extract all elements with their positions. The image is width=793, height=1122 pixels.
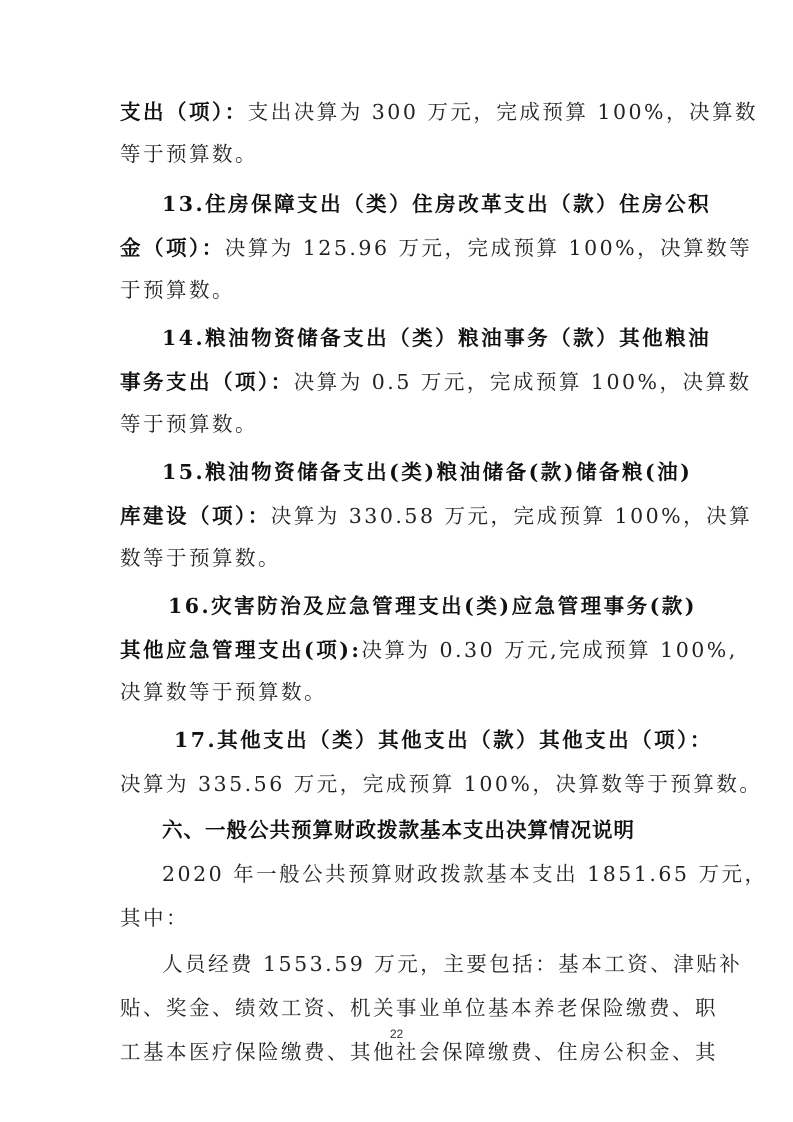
- text-line: 金（项）：决算为 125.96 万元，完成预算 100%，决算数等: [120, 234, 674, 262]
- regular-text: 数等于预算数。: [120, 546, 281, 570]
- regular-text: 决算为 0.30 万元,完成预算 100%,: [361, 638, 737, 662]
- bold-text: 17.其他支出（类）其他支出（款）其他支出（项）：: [174, 728, 713, 752]
- bold-text: 13.住房保障支出（类）住房改革支出（款）住房公积: [162, 192, 711, 216]
- regular-text: 贴、奖金、绩效工资、机关事业单位基本养老保险缴费、职: [120, 996, 718, 1020]
- regular-text: 其中：: [120, 906, 189, 930]
- text-line: 其中：: [120, 904, 674, 932]
- bold-text: 14.粮油物资储备支出（类）粮油事务（款）其他粮油: [162, 326, 711, 350]
- text-line: 等于预算数。: [120, 140, 674, 168]
- item-14-title: 14.粮油物资储备支出（类）粮油事务（款）其他粮油: [162, 324, 674, 352]
- text-line: 于预算数。: [120, 276, 674, 304]
- item-13-title: 13.住房保障支出（类）住房改革支出（款）住房公积: [162, 190, 674, 218]
- bold-text: 金（项）：: [120, 236, 225, 260]
- text-line: 支出（项）：支出决算为 300 万元，完成预算 100%，决算数: [120, 98, 674, 126]
- regular-text: 等于预算数。: [120, 142, 258, 166]
- item-16-title: 16.灾害防治及应急管理支出(类)应急管理事务(款): [168, 592, 674, 620]
- bold-text: 支出（项）：: [120, 100, 248, 124]
- bold-text: 库建设（项）：: [120, 504, 271, 528]
- text-line: 工基本医疗保险缴费、其他社会保障缴费、住房公积金、其: [120, 1038, 674, 1066]
- text-line: 其他应急管理支出(项):决算为 0.30 万元,完成预算 100%,: [120, 636, 674, 664]
- regular-text: 决算为 335.56 万元，完成预算 100%，决算数等于预算数。: [120, 772, 762, 796]
- regular-text: 决算为 330.58 万元，完成预算 100%，决算: [271, 504, 752, 528]
- regular-text: 2020 年一般公共预算财政拨款基本支出 1851.65 万元，: [162, 862, 768, 886]
- text-line: 2020 年一般公共预算财政拨款基本支出 1851.65 万元，: [162, 860, 674, 888]
- bold-text: 15.粮油物资储备支出(类)粮油储备(款)储备粮(油): [162, 460, 692, 484]
- text-line: 人员经费 1553.59 万元，主要包括：基本工资、津贴补: [162, 950, 674, 978]
- regular-text: 支出决算为 300 万元，完成预算 100%，决算数: [248, 100, 758, 124]
- regular-text: 决算为 0.5 万元，完成预算 100%，决算数: [294, 370, 752, 394]
- page-number: 22: [0, 1027, 793, 1041]
- item-17-title: 17.其他支出（类）其他支出（款）其他支出（项）：: [174, 726, 674, 754]
- text-line: 决算数等于预算数。: [120, 678, 674, 706]
- regular-text: 决算数等于预算数。: [120, 680, 327, 704]
- bold-text: 其他应急管理支出(项):: [120, 638, 361, 662]
- text-line: 贴、奖金、绩效工资、机关事业单位基本养老保险缴费、职: [120, 994, 674, 1022]
- text-line: 决算为 335.56 万元，完成预算 100%，决算数等于预算数。: [120, 770, 674, 798]
- text-line: 库建设（项）：决算为 330.58 万元，完成预算 100%，决算: [120, 502, 674, 530]
- text-line: 等于预算数。: [120, 410, 674, 438]
- regular-text: 决算为 125.96 万元，完成预算 100%，决算数等: [225, 236, 752, 260]
- regular-text: 等于预算数。: [120, 412, 258, 436]
- regular-text: 工基本医疗保险缴费、其他社会保障缴费、住房公积金、其: [120, 1040, 718, 1064]
- bold-text: 16.灾害防治及应急管理支出(类)应急管理事务(款): [168, 594, 697, 618]
- bold-text: 事务支出（项）：: [120, 370, 294, 394]
- regular-text: 于预算数。: [120, 278, 235, 302]
- item-15-title: 15.粮油物资储备支出(类)粮油储备(款)储备粮(油): [162, 458, 674, 486]
- regular-text: 人员经费 1553.59 万元，主要包括：基本工资、津贴补: [162, 952, 742, 976]
- text-line: 事务支出（项）：决算为 0.5 万元，完成预算 100%，决算数: [120, 368, 674, 396]
- section-heading: 六、一般公共预算财政拨款基本支出决算情况说明: [162, 816, 674, 844]
- text-line: 数等于预算数。: [120, 544, 674, 572]
